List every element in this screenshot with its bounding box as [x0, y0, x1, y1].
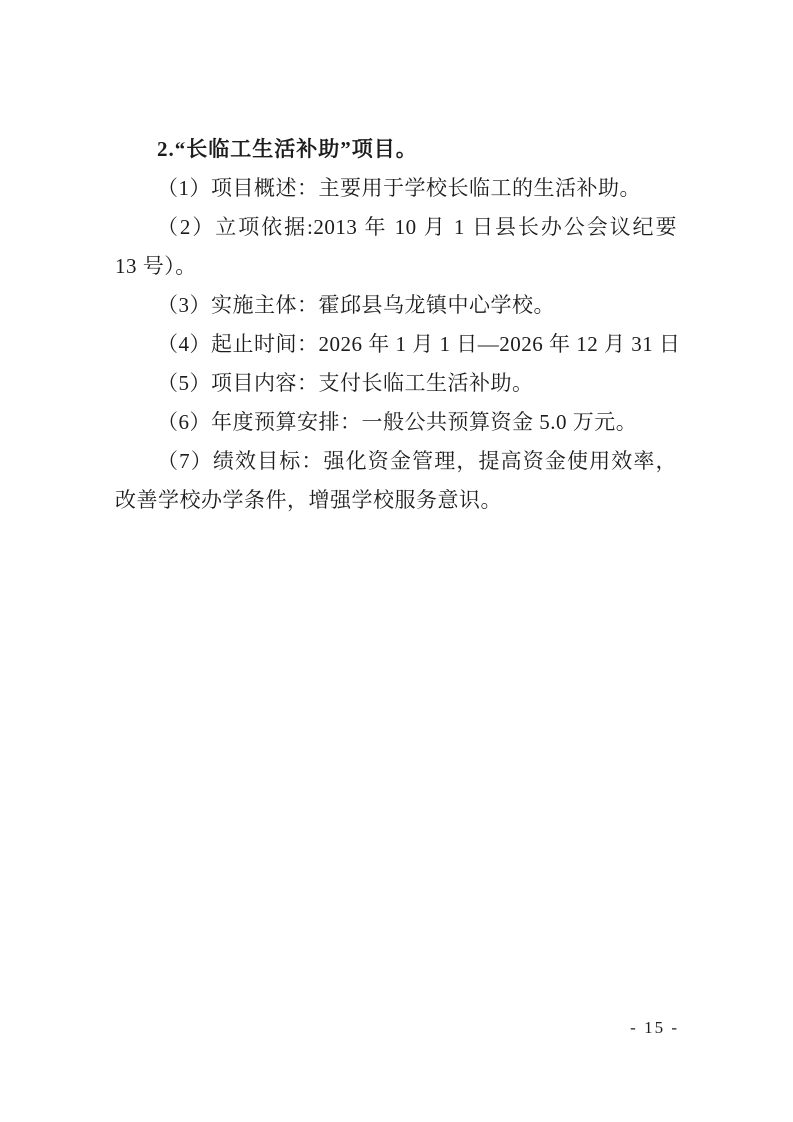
paragraph-lines: （1）项目概述：主要用于学校长临工的生活补助。（2）立项依据:2013 年 10… [115, 169, 677, 520]
section-heading: 2.“长临工生活补助”项目。 [115, 130, 677, 169]
paragraph-line: （1）项目概述：主要用于学校长临工的生活补助。 [115, 169, 677, 208]
paragraph-line: （3）实施主体：霍邱县乌龙镇中心学校。 [115, 286, 677, 325]
paragraph-line: （5）项目内容：支付长临工生活补助。 [115, 364, 677, 403]
paragraph-line: （2）立项依据:2013 年 10 月 1 日县长办公会议纪要（第 [115, 208, 677, 247]
page-number: - 15 - [630, 1016, 679, 1040]
paragraph-line: 13 号）。 [115, 247, 677, 286]
document-content: 2.“长临工生活补助”项目。 （1）项目概述：主要用于学校长临工的生活补助。（2… [115, 130, 677, 520]
paragraph-line: （6）年度预算安排：一般公共预算资金 5.0 万元。 [115, 403, 677, 442]
document-page: 2.“长临工生活补助”项目。 （1）项目概述：主要用于学校长临工的生活补助。（2… [0, 0, 793, 1122]
paragraph-line: （4）起止时间：2026 年 1 月 1 日—2026 年 12 月 31 日 [115, 325, 677, 364]
paragraph-line: 改善学校办学条件，增强学校服务意识。 [115, 481, 677, 520]
paragraph-line: （7）绩效目标：强化资金管理，提高资金使用效率， [115, 442, 677, 481]
